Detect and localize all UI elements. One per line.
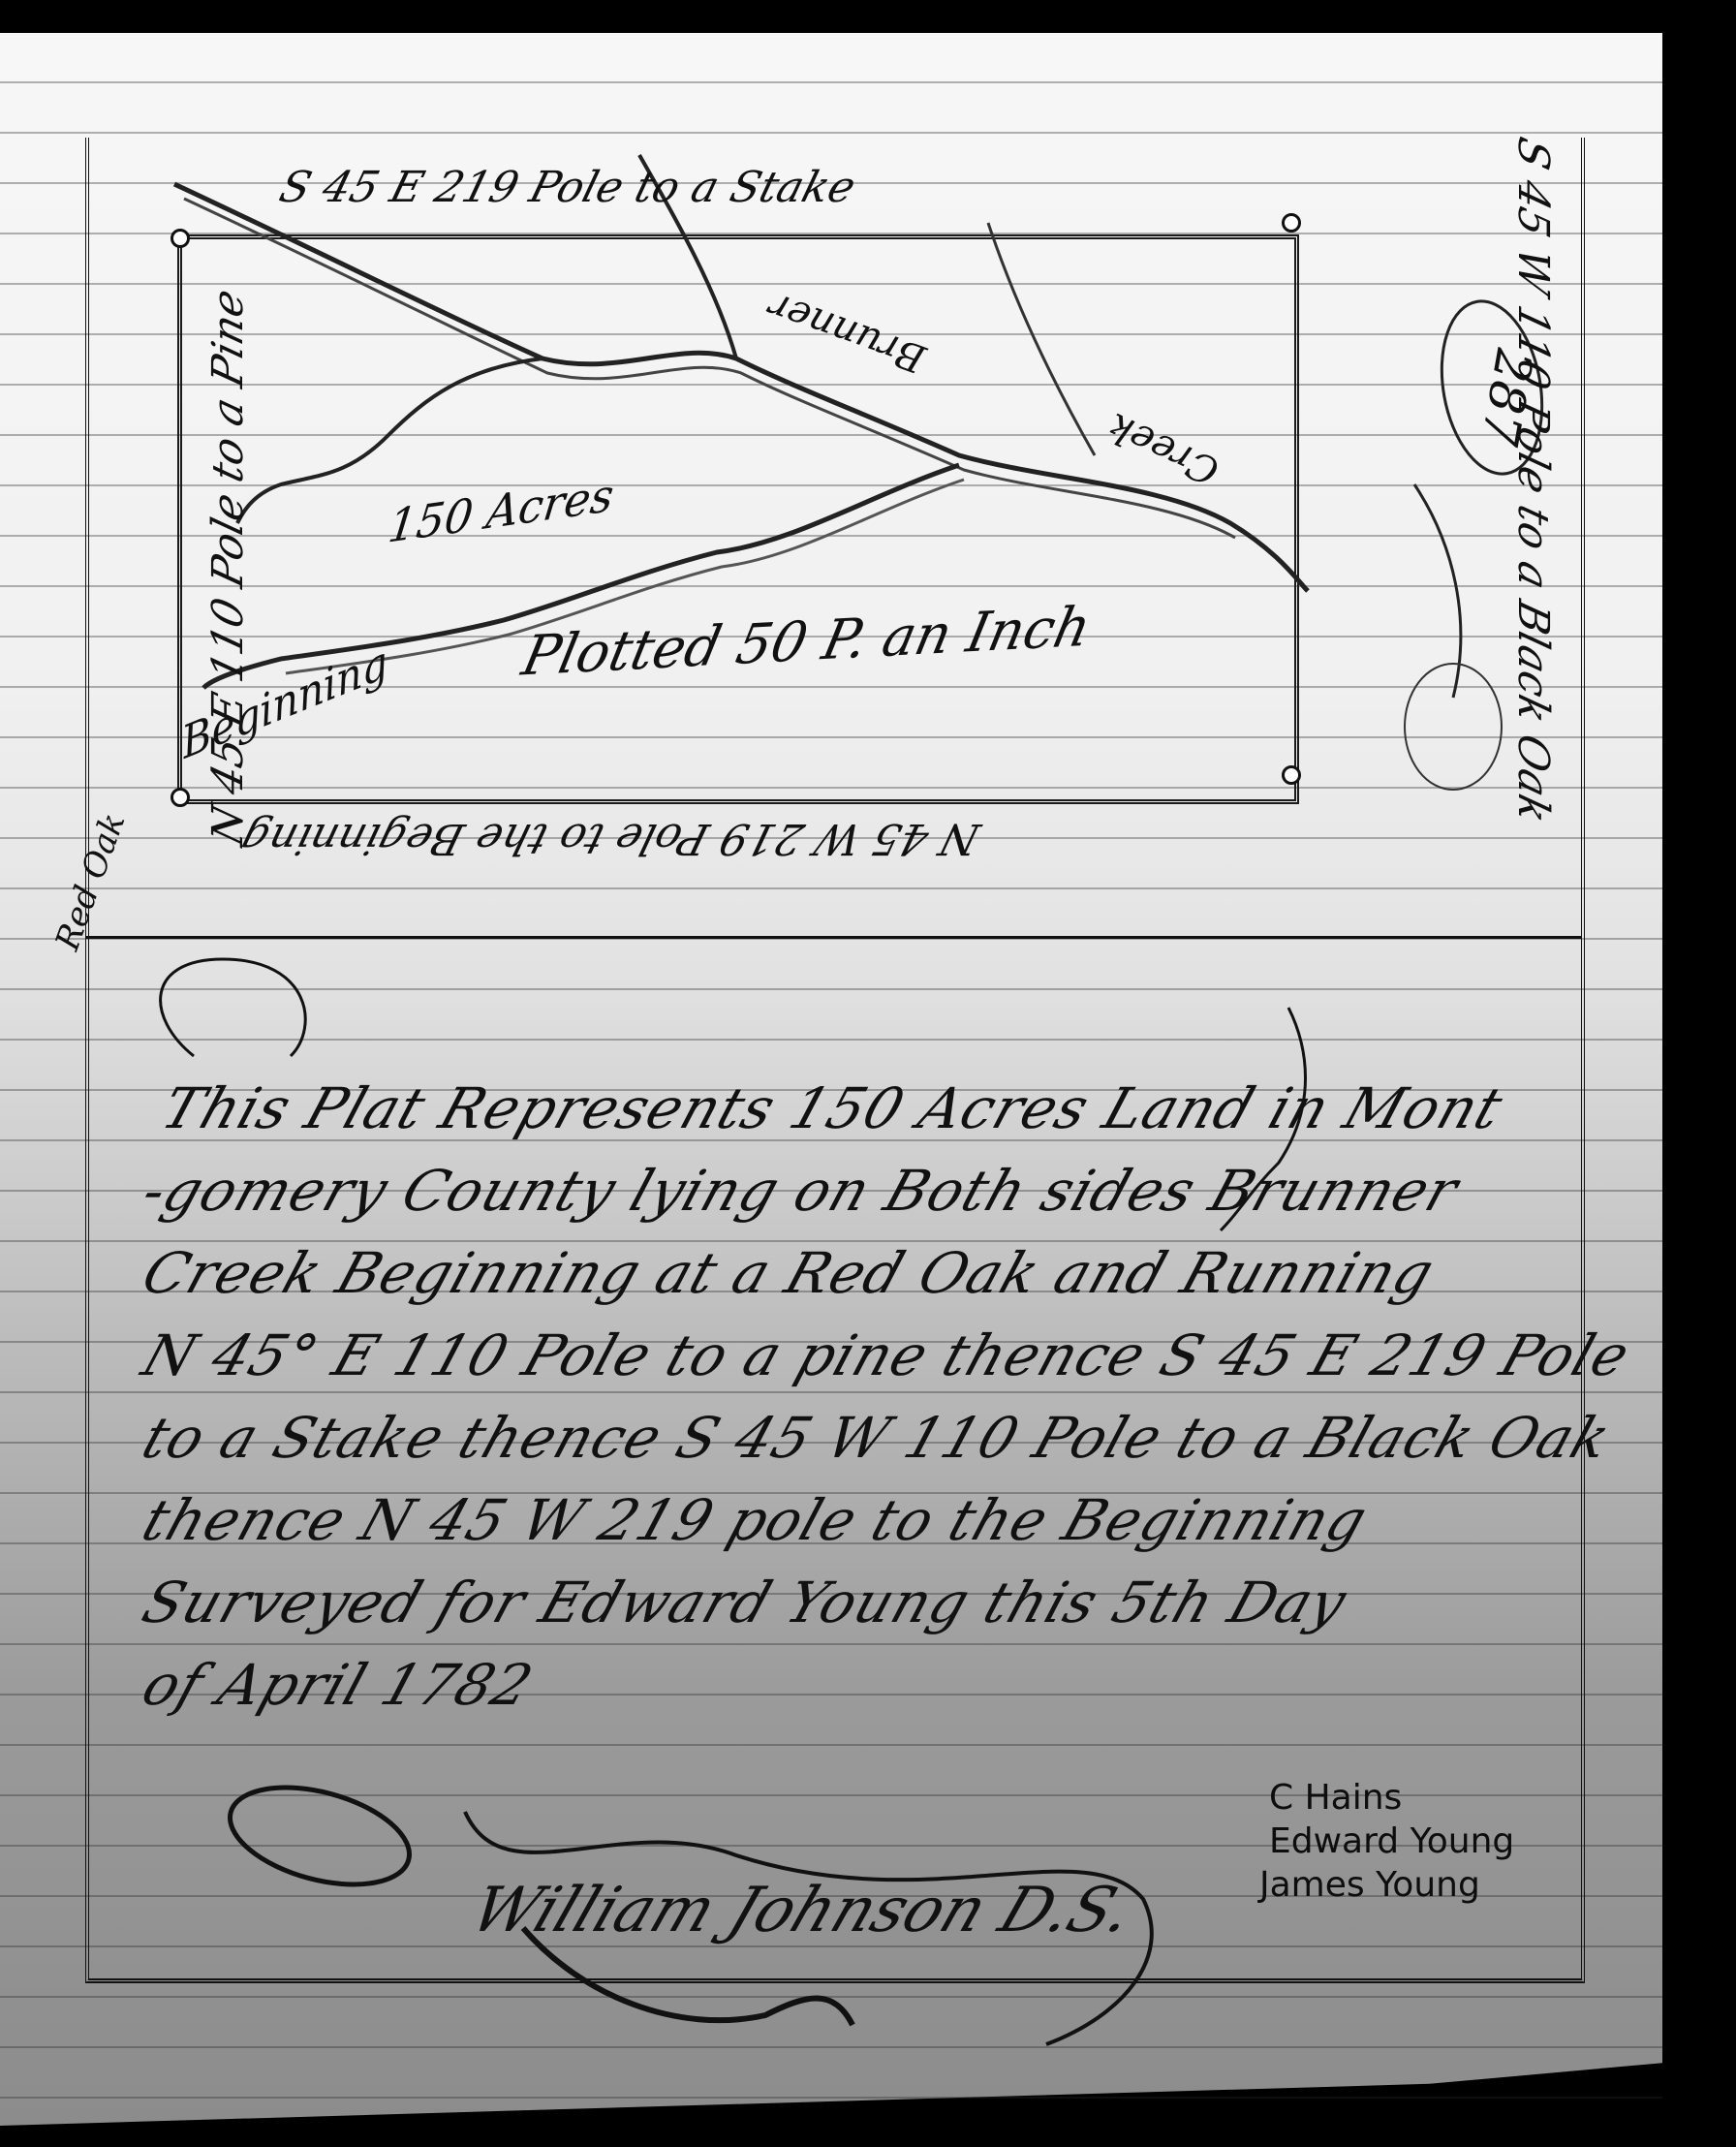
body-line-2: -gomery County lying on Both sides Brunn… — [135, 1158, 1467, 1224]
plat-boundary — [177, 234, 1299, 804]
plat-right-line-label: S 45 W 110 Pole to a Black Oak — [1508, 132, 1558, 828]
plat-divider-line — [85, 936, 1581, 939]
corner-marker-black-oak — [1282, 765, 1301, 785]
body-line-8: of April 1782 — [135, 1652, 542, 1718]
chain-carrier-2: Edward Young — [1269, 1821, 1514, 1861]
body-line-7: Surveyed for Edward Young this 5th Day — [135, 1570, 1355, 1635]
body-line-4: N 45° E 110 Pole to a pine thence S 45 E… — [135, 1322, 1638, 1388]
body-line-3: Creek Beginning at a Red Oak and Running — [135, 1240, 1442, 1306]
surveyor-signature: William Johnson D.S. — [462, 1875, 1143, 1946]
plat-top-line-label: S 45 E 219 Pole to a Stake — [274, 163, 860, 212]
body-line-6: thence N 45 W 219 pole to the Beginning — [135, 1487, 1376, 1553]
corner-marker-pine — [170, 229, 190, 248]
plat-left-line-label: N 45 E 110 Pole to a Pine — [203, 284, 253, 851]
chain-carrier-3: James Young — [1259, 1865, 1480, 1905]
body-line-1: This Plat Represents 150 Acres Land in M… — [154, 1075, 1511, 1141]
corner-marker-red-oak — [170, 788, 190, 807]
corner-marker-stake — [1282, 213, 1301, 233]
plat-bottom-line-label: N 45 W 219 Pole to the Beginning — [235, 814, 985, 863]
body-line-5: to a Stake thence S 45 W 110 Pole to a B… — [135, 1405, 1619, 1471]
chain-carrier-1: C Hains — [1269, 1778, 1402, 1818]
